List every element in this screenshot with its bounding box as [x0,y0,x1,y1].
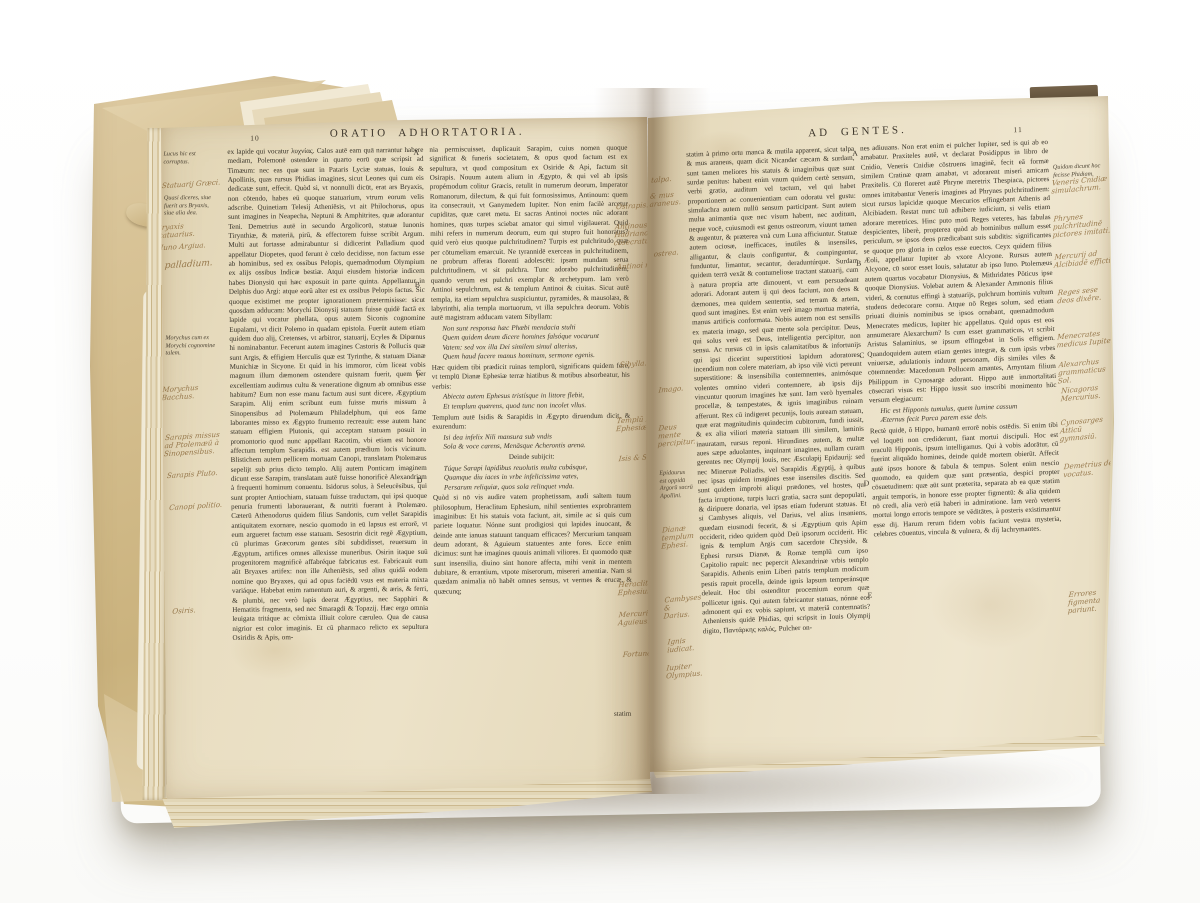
left-column-2: nia permiscuisset, duplicauit Sarapim, c… [429,144,633,712]
section-letter: C [416,368,421,377]
text-block: ex lapide qui vocatur λυχνίας. Calos aut… [227,146,428,643]
printed-margin-note: Morychus cum ex Morychi cognomine talem. [165,334,221,357]
text-block: statim à primo ortu manca & mutila appar… [686,145,871,636]
handwritten-note: Mercurij ad Alcibiadē efficti. [1054,248,1115,270]
handwritten-note: Cambyses & Darius. [663,594,696,621]
handwritten-note: Errores figmenta pariunt. [1067,586,1126,616]
handwritten-note: Nicagoras Mercurius. [1060,382,1119,403]
verse-quote: Abiecta autem Ephesus tristísque in litt… [443,391,630,412]
section-letter: C [859,351,864,360]
text-block: Deinde subijcit: [433,452,631,463]
handwritten-note: Phrynes pulchritudinē pictores imitati. [1052,210,1113,240]
handwritten-note: Veneris Cnidiæ simulachrum. [1051,174,1112,196]
handwritten-note: Deus mente percipitur. [657,422,690,449]
handwritten-note: Statuarij Græci. [161,178,224,190]
section-letter: D [417,476,423,485]
handwritten-note: Demetrius deus vocatus. [1063,458,1122,479]
text-block: Rectè quidē, ô Hippo, humanū errorē nobi… [870,421,1062,540]
verse-quote: Túque Sarapi lapidibus reuolutis multa c… [444,462,631,492]
section-letter: E [868,590,873,599]
verse-quote: Isi dea infelix Nili mansura sub vndisSo… [443,431,630,452]
right-running-title: AD GENTES. [707,120,1007,142]
handwritten-note: Iupiter Olympius. [666,662,699,681]
text-block: nes adiuuans. Non erat enim ei pulcher I… [860,138,1057,406]
text-block: Hæc quidem tibi prædicit ruinas templorū… [432,362,630,392]
printed-margin-note: Quasi diceres, siue fuerit ars Bryaxis, … [164,194,220,217]
section-letter: B [415,280,420,289]
right-column-1: statim à primo ortu manca & mutila appar… [686,145,874,717]
handwritten-note: Alexarchus grammaticus Sol. [1057,356,1118,386]
printed-margin-note: Lucus hic est corruptus. [163,150,219,166]
text-block: nia permiscuisset, duplicauit Sarapim, c… [429,144,629,324]
handwritten-note: Reges sese deos dixêre. [1057,284,1116,305]
handwritten-note: Canopi politio. [169,500,232,512]
left-page: 10 ORATIO ADHORTATORIA. ex lapide qui vo… [155,112,653,807]
text-block: Quòd si nō vis audire vatem prophetissam… [433,492,632,597]
handwritten-note: Osiris. [172,605,223,616]
handwritten-note: Sarapis missus ad Ptolemæū à Sinopensibu… [164,430,230,458]
handwritten-note: Dianæ templum Ephesi. [661,524,694,551]
handwritten-note: talpa. [651,174,681,185]
right-column-2: nes adiuuans. Non erat enim ei pulcher I… [860,138,1068,710]
section-letter: D [864,478,870,487]
right-page: 11 AD GENTES. statim à primo ortu manca … [646,88,1116,780]
handwritten-note: Morychus Bacchus. [161,382,224,402]
left-running-title: ORATIO ADHORTATORIA. [225,125,629,141]
catchword: statim [543,710,631,719]
handwritten-note: Menecrates medicus Iupiter. [1057,328,1118,350]
section-letter: B [856,259,861,268]
section-letter: A [413,148,419,157]
photo-stage: 10 ORATIO ADHORTATORIA. ex lapide qui vo… [0,0,1200,903]
handwritten-note: Imago. [658,384,688,395]
handwritten-note: Iuno Argiua. [160,240,221,252]
handwritten-note: & mus araneus. [649,190,682,209]
handwritten-note: Ignis iudicat. [667,636,698,655]
left-page-content: 10 ORATIO ADHORTATORIA. ex lapide qui vo… [155,109,660,809]
right-page-number: 11 [1013,125,1023,134]
handwritten-note: Sarapis Pluto. [167,468,230,480]
handwritten-note: ostrea. [653,248,683,259]
text-block: Templum autē Isidis & Sarapidis in Ægypt… [432,411,630,432]
printed-margin-note: Epidaurus est oppidū Argorū sacrū Apolli… [659,469,694,500]
handwritten-note: Bryaxis statuarius. [156,220,215,240]
right-page-content: 11 AD GENTES. statim à primo ortu manca … [646,80,1140,788]
handwritten-note: palladium. [164,258,230,270]
left-column-1: ex lapide qui vocatur λυχνίας. Calos aut… [227,146,429,714]
verse-quote: Non sunt responsa hæc Phœbi mendacia stu… [442,323,629,362]
section-letter: A [852,149,858,158]
